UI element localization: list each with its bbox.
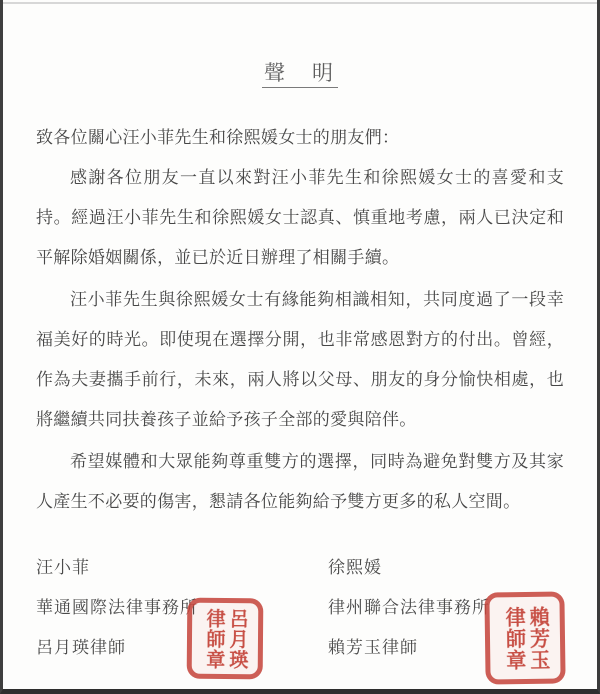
lawyer-seal-stamp-left: 呂月瑛 律師章 (187, 598, 264, 680)
paragraph-3: 希望媒體和大眾能夠尊重雙方的選擇，同時為避免對雙方及其家人產生不必要的傷害，懇請… (36, 442, 564, 522)
salutation-line: 致各位關心汪小菲先生和徐熙媛女士的朋友們： (36, 118, 564, 158)
signatory-right-lawyer: 賴芳玉律師 (328, 628, 490, 668)
signatory-left-lawyer: 呂月瑛律師 (36, 628, 198, 668)
signatory-left-name: 汪小菲 (36, 548, 198, 588)
page-title: 聲 明 (262, 62, 338, 88)
seal-left-column-left: 律師章 (203, 608, 223, 669)
seal-left-column-right: 呂月瑛 (226, 608, 246, 669)
statement-document-page: 聲 明 致各位關心汪小菲先生和徐熙媛女士的朋友們： 感謝各位朋友一直以來對汪小菲… (0, 0, 600, 694)
signatory-left-block: 汪小菲 華通國際法律事務所 呂月瑛律師 (36, 548, 198, 668)
scan-edge-line (3, 2, 597, 4)
statement-body: 致各位關心汪小菲先生和徐熙媛女士的朋友們： 感謝各位朋友一直以來對汪小菲先生和徐… (36, 118, 564, 524)
signatory-right-name: 徐熙媛 (328, 548, 490, 588)
signatory-right-firm: 律州聯合法律事務所 (328, 588, 490, 628)
seal-right-column-right: 賴芳玉 (526, 606, 548, 671)
title-container: 聲 明 (3, 62, 597, 88)
paragraph-1: 感謝各位朋友一直以來對汪小菲先生和徐熙媛女士的喜愛和支持。經過汪小菲先生和徐熙媛… (36, 158, 564, 278)
signatory-left-firm: 華通國際法律事務所 (36, 588, 198, 628)
paragraph-2: 汪小菲先生與徐熙媛女士有緣能夠相識相知，共同度過了一段幸福美好的時光。即使現在選… (36, 280, 564, 440)
signatory-right-block: 徐熙媛 律州聯合法律事務所 賴芳玉律師 (328, 548, 490, 668)
lawyer-seal-stamp-right: 賴芳玉 律師章 (484, 591, 565, 684)
seal-right-column-left: 律師章 (502, 606, 524, 671)
